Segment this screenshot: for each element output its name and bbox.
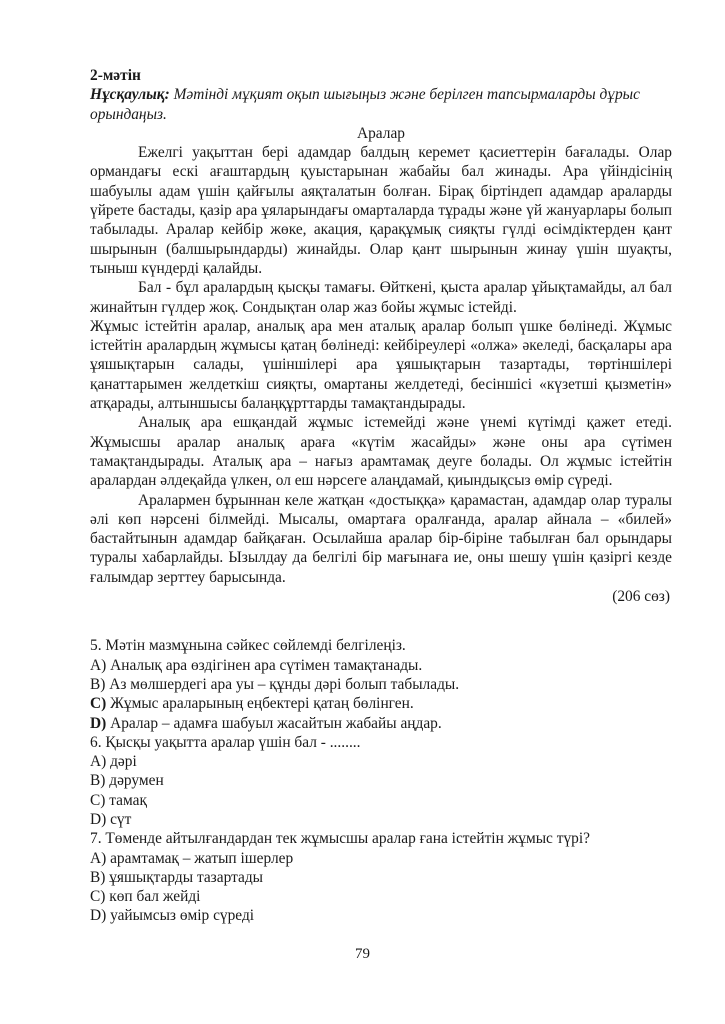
- answer-option-a: A) Аналық ара өздігінен ара сүтімен тама…: [90, 656, 672, 675]
- answer-option-c: C) Жұмыс араларының еңбектері қатаң бөлі…: [90, 694, 672, 713]
- answer-option-c: C) көп бал жейді: [90, 887, 672, 906]
- question-prompt: 6. Қысқы уақытта аралар үшін бал - .....…: [90, 733, 672, 752]
- article-title: Аралар: [90, 124, 672, 143]
- answer-option-c: C) тамақ: [90, 791, 672, 810]
- answer-option-d: D) Аралар – адамға шабуыл жасайтын жабай…: [90, 714, 672, 733]
- paragraph: Жұмыс істейтін аралар, аналық ара мен ат…: [90, 317, 672, 413]
- text-number-heading: 2-мәтін: [90, 66, 672, 85]
- instruction: Нұсқаулық: Мәтінді мұқият оқып шығыңыз ж…: [90, 85, 672, 124]
- paragraph: Аналық ара ешқандай жұмыс істемейді және…: [90, 413, 672, 490]
- answer-option-d: D) сүт: [90, 810, 672, 829]
- word-count: (206 сөз): [90, 587, 672, 606]
- answer-option-a: A) дәрі: [90, 752, 672, 771]
- question-6: 6. Қысқы уақытта аралар үшін бал - .....…: [90, 733, 672, 829]
- paragraph: Ежелгі уақыттан бері адамдар балдың кере…: [90, 143, 672, 278]
- page-number: 79: [0, 946, 725, 963]
- answer-option-b: B) дәрумен: [90, 771, 672, 790]
- document-page: 2-мәтін Нұсқаулық: Мәтінді мұқият оқып ш…: [90, 66, 672, 926]
- answer-option-a: A) арамтамақ – жатып ішерлер: [90, 849, 672, 868]
- paragraph: Бал - бұл аралардың қысқы тамағы. Өйткен…: [90, 278, 672, 317]
- answer-option-b: B) ұяшықтарды тазартады: [90, 868, 672, 887]
- answer-option-d: D) уайымсыз өмір сүреді: [90, 906, 672, 925]
- paragraph: Аралармен бұрыннан келе жатқан «достыққа…: [90, 491, 672, 587]
- instruction-text: Мәтінді мұқият оқып шығыңыз және берілге…: [90, 86, 640, 122]
- question-prompt: 5. Мәтін мазмұнына сәйкес сөйлемді белгі…: [90, 636, 672, 655]
- question-prompt: 7. Төменде айтылғандардан тек жұмысшы ар…: [90, 829, 672, 848]
- question-5: 5. Мәтін мазмұнына сәйкес сөйлемді белгі…: [90, 636, 672, 732]
- answer-option-b: B) Аз мөлшердегі ара уы – құнды дәрі бол…: [90, 675, 672, 694]
- questions-section: 5. Мәтін мазмұнына сәйкес сөйлемді белгі…: [90, 636, 672, 925]
- instruction-label: Нұсқаулық:: [90, 86, 170, 103]
- question-7: 7. Төменде айтылғандардан тек жұмысшы ар…: [90, 829, 672, 925]
